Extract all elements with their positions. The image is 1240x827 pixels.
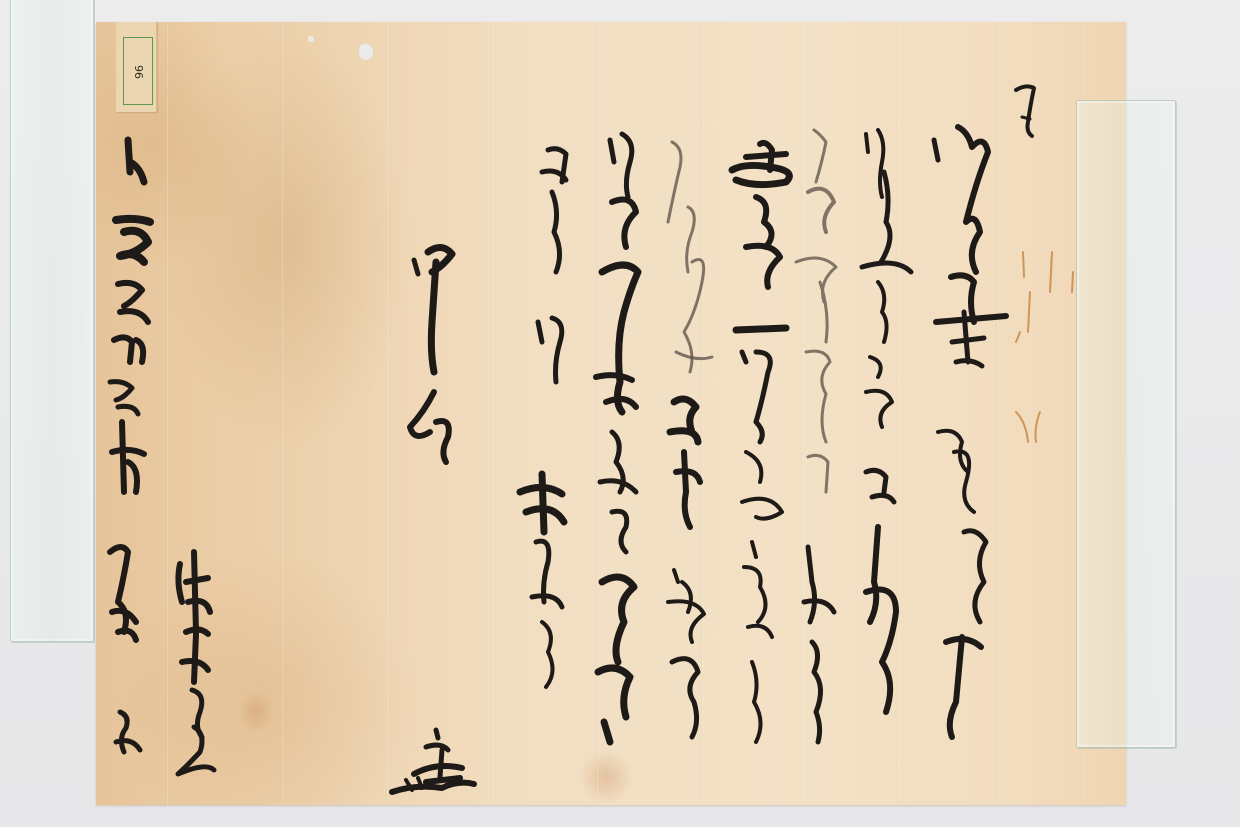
calligraphy-column-3 bbox=[862, 130, 911, 712]
calligraphy-column-2 bbox=[934, 127, 1006, 737]
calligraphy-ink bbox=[96, 22, 1126, 805]
calligraphy-column-6 bbox=[668, 142, 712, 737]
calligraphy-column-4 bbox=[796, 130, 836, 742]
catalog-number: 96 bbox=[124, 58, 152, 86]
calligraphy-column-11 bbox=[178, 552, 214, 774]
calligraphy-column-7 bbox=[596, 134, 638, 742]
catalog-label-frame: 96 bbox=[123, 37, 153, 105]
sender-monogram bbox=[392, 730, 474, 792]
catalog-label: 96 bbox=[116, 22, 157, 112]
rust-marks bbox=[1016, 252, 1073, 442]
calligraphy-column-8 bbox=[520, 149, 566, 687]
document-paper: 96 bbox=[96, 22, 1126, 805]
glass-plate-left bbox=[10, 0, 94, 642]
calligraphy-column-5 bbox=[732, 143, 789, 742]
calligraphy-column-1 bbox=[1016, 86, 1034, 136]
calligraphy-column-9 bbox=[410, 247, 452, 462]
photo-stage: 96 bbox=[0, 0, 1240, 827]
calligraphy-column-12 bbox=[110, 140, 150, 752]
glass-plate-right bbox=[1076, 100, 1176, 748]
